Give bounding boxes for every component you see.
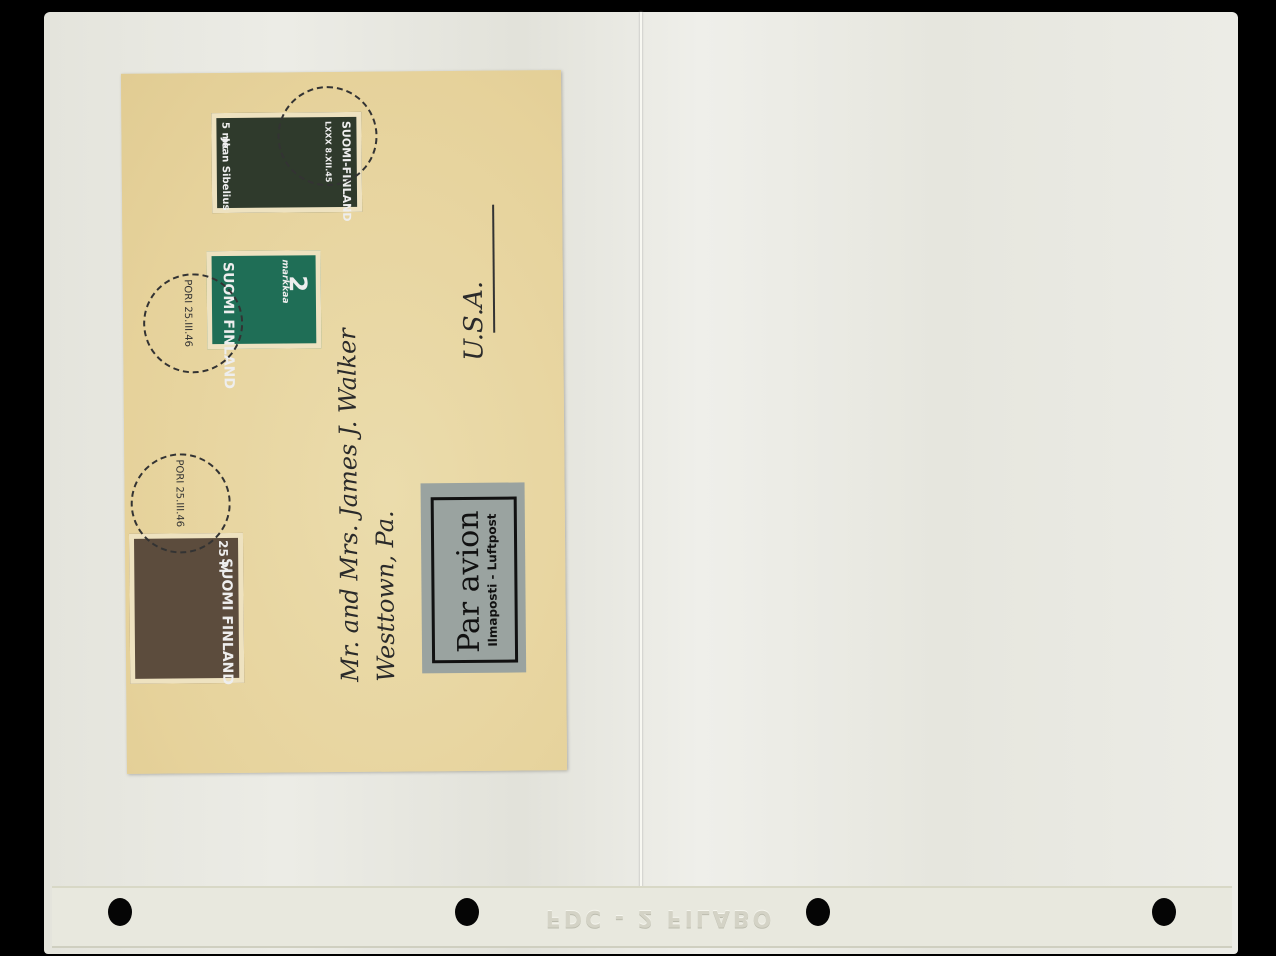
brand-imprint: FDC - 2 FILABO [505,900,815,930]
stamp-pictorial-country: SUOMI FINLAND [218,558,235,685]
stamp-sibelius-value: 5 mk [219,122,230,150]
stamp-pictorial-value: 25 M [216,540,230,573]
postmark-text: PORI 25.III.46 [182,279,194,347]
pocket-divider [640,12,642,892]
envelope: SUOMI-FINLAND Jean Sibelius 5 mk LXXX 8.… [121,70,567,774]
airmail-label: Par avion Ilmaposti - Luftpost [421,482,527,673]
postmark-text: PORI 25.III.46 [173,459,185,527]
address-line-2: Westtown, Pa. [371,510,400,681]
binder-hole [108,898,132,926]
stamp-lion-extra: markkaa [280,259,290,303]
stamp-pictorial: SUOMI FINLAND 25 M [129,533,244,684]
envelope-paper: SUOMI-FINLAND Jean Sibelius 5 mk LXXX 8.… [121,70,567,774]
airmail-subtitle: Ilmaposti - Luftpost [485,513,500,646]
binder-hole [1152,898,1176,926]
postmark [277,86,378,187]
binder-hole [455,898,479,926]
airmail-title: Par avion [451,510,487,653]
address-line-1: Mr. and Mrs. James J. Walker [333,328,364,682]
address-line-3: U.S.A. [459,281,490,361]
address-underline [492,205,495,333]
